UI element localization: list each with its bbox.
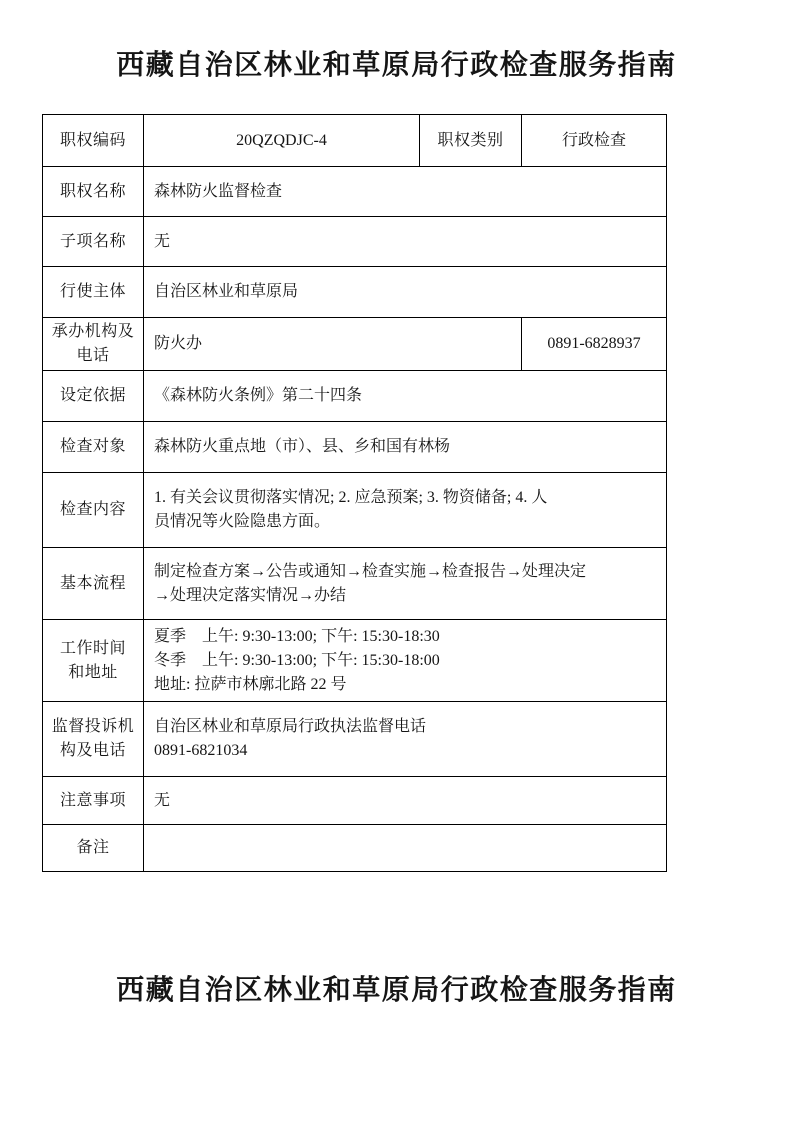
row-work-time-address: 工作时间 和地址 夏季 上午: 9:30-13:00; 下午: 15:30-18… xyxy=(43,620,667,702)
row-notes: 注意事项 无 xyxy=(43,777,667,825)
authority-type-label: 职权类别 xyxy=(420,115,522,167)
basic-process-label: 基本流程 xyxy=(43,548,144,620)
subitem-name-label: 子项名称 xyxy=(43,217,144,267)
row-basic-process: 基本流程 制定检查方案→公告或通知→检查实施→检查报告→处理决定 →处理决定落实… xyxy=(43,548,667,620)
notes-label: 注意事项 xyxy=(43,777,144,825)
row-exercising-body: 行使主体 自治区林业和草原局 xyxy=(43,267,667,318)
legal-basis-label: 设定依据 xyxy=(43,371,144,422)
inspection-content-label: 检查内容 xyxy=(43,473,144,548)
subitem-name-value: 无 xyxy=(144,217,667,267)
page-title: 西藏自治区林业和草原局行政检查服务指南 xyxy=(0,47,793,85)
complaint-agency-value: 自治区林业和草原局行政执法监督电话 0891-6821034 xyxy=(144,702,667,777)
exercising-body-value: 自治区林业和草原局 xyxy=(144,267,667,318)
exercising-body-label: 行使主体 xyxy=(43,267,144,318)
authority-code-value: 20QZQDJC-4 xyxy=(144,115,420,167)
remarks-value xyxy=(144,825,667,872)
inspection-target-value: 森林防火重点地（市）、县、乡和国有林杨 xyxy=(144,422,667,473)
handling-agency-value: 防火办 xyxy=(144,318,522,371)
row-authority-code: 职权编码 20QZQDJC-4 职权类别 行政检查 xyxy=(43,115,667,167)
row-legal-basis: 设定依据 《森林防火条例》第二十四条 xyxy=(43,371,667,422)
handling-agency-phone: 0891-6828937 xyxy=(522,318,667,371)
complaint-agency-label: 监督投诉机 构及电话 xyxy=(43,702,144,777)
work-time-address-value: 夏季 上午: 9:30-13:00; 下午: 15:30-18:30 冬季 上午… xyxy=(144,620,667,702)
authority-type-value: 行政检查 xyxy=(522,115,667,167)
row-inspection-content: 检查内容 1. 有关会议贯彻落实情况; 2. 应急预案; 3. 物资储备; 4.… xyxy=(43,473,667,548)
authority-name-value: 森林防火监督检查 xyxy=(144,167,667,217)
legal-basis-value: 《森林防火条例》第二十四条 xyxy=(144,371,667,422)
remarks-label: 备注 xyxy=(43,825,144,872)
document-page: 西藏自治区林业和草原局行政检查服务指南 职权编码 20QZQDJC-4 职权类别… xyxy=(0,0,793,1122)
row-subitem-name: 子项名称 无 xyxy=(43,217,667,267)
inspection-content-value: 1. 有关会议贯彻落实情况; 2. 应急预案; 3. 物资储备; 4. 人 员情… xyxy=(144,473,667,548)
row-authority-name: 职权名称 森林防火监督检查 xyxy=(43,167,667,217)
service-guide-table: 职权编码 20QZQDJC-4 职权类别 行政检查 职权名称 森林防火监督检查 … xyxy=(42,114,667,872)
row-inspection-target: 检查对象 森林防火重点地（市）、县、乡和国有林杨 xyxy=(43,422,667,473)
authority-code-label: 职权编码 xyxy=(43,115,144,167)
row-handling-agency: 承办机构及 电话 防火办 0891-6828937 xyxy=(43,318,667,371)
work-time-address-label: 工作时间 和地址 xyxy=(43,620,144,702)
basic-process-value: 制定检查方案→公告或通知→检查实施→检查报告→处理决定 →处理决定落实情况→办结 xyxy=(144,548,667,620)
authority-name-label: 职权名称 xyxy=(43,167,144,217)
next-page-title: 西藏自治区林业和草原局行政检查服务指南 xyxy=(0,972,793,1010)
row-remarks: 备注 xyxy=(43,825,667,872)
notes-value: 无 xyxy=(144,777,667,825)
handling-agency-label: 承办机构及 电话 xyxy=(43,318,144,371)
inspection-target-label: 检查对象 xyxy=(43,422,144,473)
row-complaint-agency: 监督投诉机 构及电话 自治区林业和草原局行政执法监督电话 0891-682103… xyxy=(43,702,667,777)
